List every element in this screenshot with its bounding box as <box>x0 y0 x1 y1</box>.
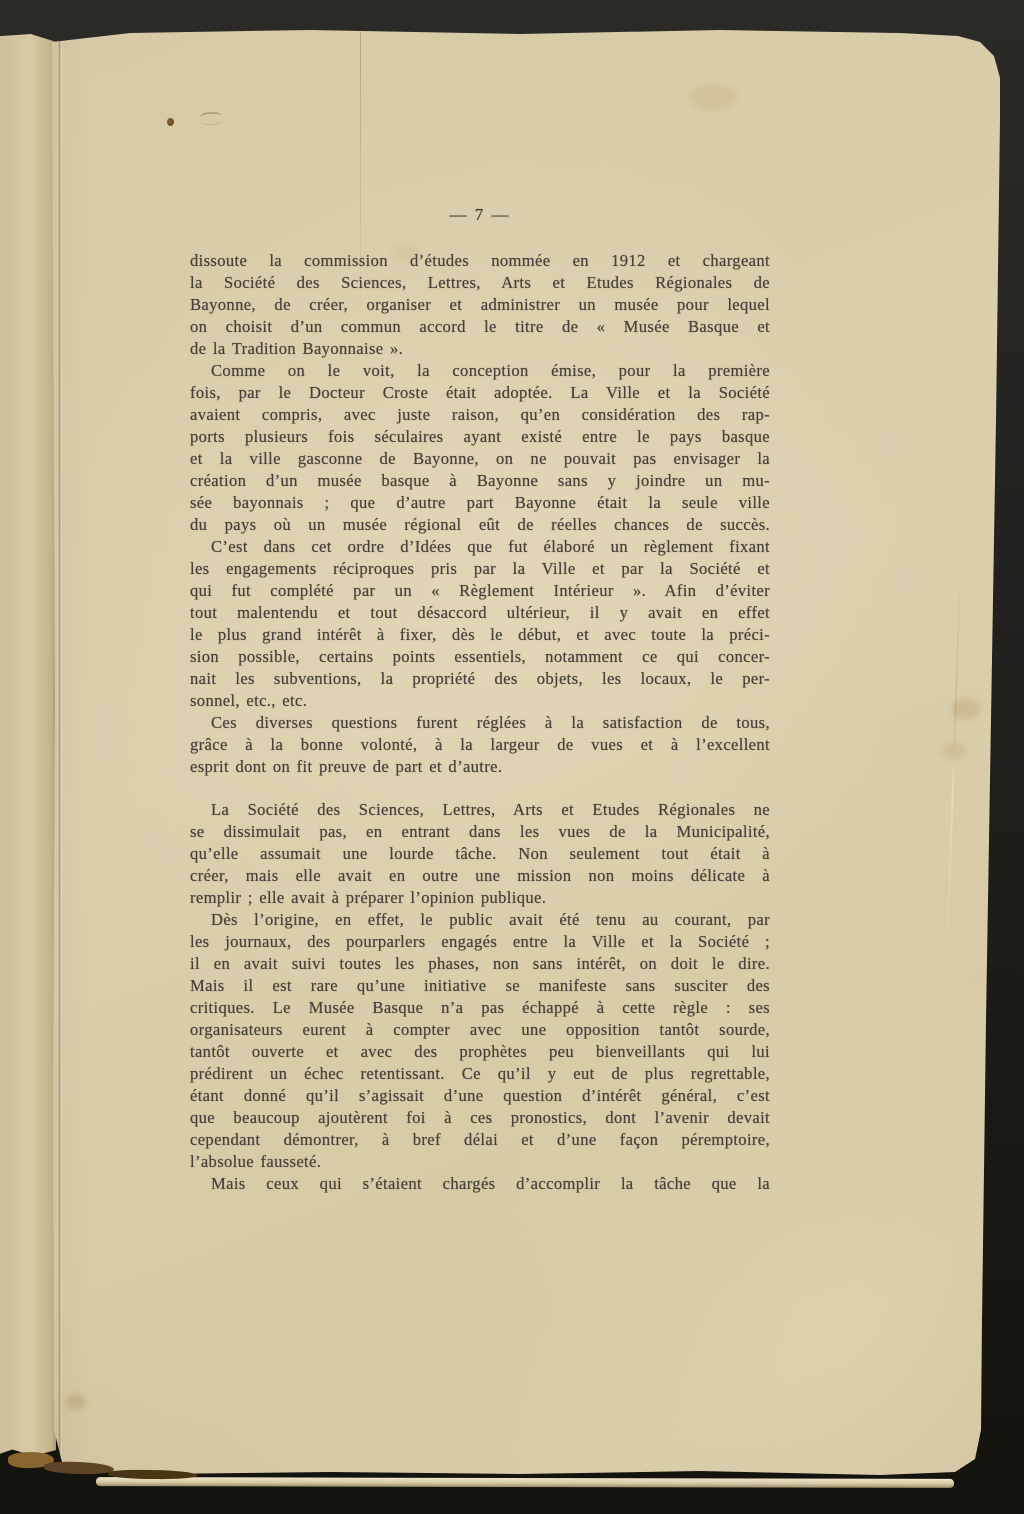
text-line: critiques. Le Musée Basque n’a pas échap… <box>190 997 770 1019</box>
text-line: C’est dans cet ordre d’Idées que fut éla… <box>190 536 770 558</box>
paragraph: Mais ceux qui s’étaient chargés d’accomp… <box>190 1173 770 1195</box>
paragraph: La Société des Sciences, Lettres, Arts e… <box>190 799 770 909</box>
text-line: Mais il est rare qu’une initiative se ma… <box>190 975 770 997</box>
ink-speck <box>167 118 174 126</box>
pencil-mark <box>200 111 223 125</box>
paper-stain <box>942 742 966 760</box>
text-line: sonnel, etc., etc. <box>190 690 770 712</box>
text-line: sion possible, certains points essentiel… <box>190 646 770 668</box>
text-line: on choisit d’un commun accord le titre d… <box>190 316 770 338</box>
text-line: tout malentendu et tout désaccord ultéri… <box>190 602 770 624</box>
text-line: nait les subventions, la propriété des o… <box>190 668 770 690</box>
text-line: ports plusieurs fois séculaires ayant ex… <box>190 426 770 448</box>
text-line: que beaucoup ajoutèrent foi à ces pronos… <box>190 1107 770 1129</box>
text-line: qu’elle assumait une lourde tâche. Non s… <box>190 843 770 865</box>
text-line: esprit dont on fit preuve de part et d’a… <box>190 756 770 778</box>
text-block: dissoute la commission d’études nommée e… <box>190 250 770 1195</box>
text-line: dissoute la commission d’études nommée e… <box>190 250 770 272</box>
text-line: grâce à la bonne volonté, à la largeur d… <box>190 734 770 756</box>
text-line: la Société des Sciences, Lettres, Arts e… <box>190 272 770 294</box>
paragraph: dissoute la commission d’études nommée e… <box>190 250 770 360</box>
text-line: remplir ; elle avait à préparer l’opinio… <box>190 887 770 909</box>
text-line: du pays où un musée régional eût de réel… <box>190 514 770 536</box>
gutter-crease <box>58 36 62 1462</box>
text-line: l’absolue fausseté. <box>190 1151 770 1173</box>
text-line: organisateurs eurent à compter avec une … <box>190 1019 770 1041</box>
text-line: Ces diverses questions furent réglées à … <box>190 712 770 734</box>
text-line: de la Tradition Bayonnaise ». <box>190 338 770 360</box>
underlying-page-edge <box>96 1477 954 1488</box>
text-line: créer, mais elle avait en outre une miss… <box>190 865 770 887</box>
text-line: Comme on le voit, la conception émise, p… <box>190 360 770 382</box>
text-line: avaient compris, avec juste raison, qu’e… <box>190 404 770 426</box>
text-line: tantôt ouverte et avec des prophètes peu… <box>190 1041 770 1063</box>
book-page: — 7 — dissoute la commission d’études no… <box>0 0 1024 1514</box>
text-line: prédirent un échec retentissant. Ce qu’i… <box>190 1063 770 1085</box>
text-line: étant donné qu’il s’agissait d’une quest… <box>190 1085 770 1107</box>
text-line: les journaux, des pourparlers engagés en… <box>190 931 770 953</box>
text-line: sée bayonnais ; que d’autre part Bayonne… <box>190 492 770 514</box>
text-line: et la ville gasconne de Bayonne, on ne p… <box>190 448 770 470</box>
paragraph: Comme on le voit, la conception émise, p… <box>190 360 770 536</box>
text-line: qui fut complété par un « Règlement Inté… <box>190 580 770 602</box>
paragraph: Ces diverses questions furent réglées à … <box>190 712 770 778</box>
text-line: Mais ceux qui s’étaient chargés d’accomp… <box>190 1173 770 1195</box>
paper-stain <box>66 1394 86 1410</box>
paper-stain <box>952 698 980 720</box>
text-line: cependant démontrer, à bref délai et d’u… <box>190 1129 770 1151</box>
text-line: les engagements réciproques pris par la … <box>190 558 770 580</box>
paragraph: C’est dans cet ordre d’Idées que fut éla… <box>190 536 770 712</box>
text-line: création d’un musée basque à Bayonne san… <box>190 470 770 492</box>
paper-stain <box>690 84 736 110</box>
text-line: Dès l’origine, en effet, le public avait… <box>190 909 770 931</box>
text-line: se dissimulait pas, en entrant dans les … <box>190 821 770 843</box>
text-line: le plus grand intérêt à fixer, dès le dé… <box>190 624 770 646</box>
page-number: — 7 — <box>190 202 770 228</box>
text-line: fois, par le Docteur Croste était adopté… <box>190 382 770 404</box>
text-line: il en avait suivi toutes les phases, non… <box>190 953 770 975</box>
paragraph: Dès l’origine, en effet, le public avait… <box>190 909 770 1173</box>
scan-background: — 7 — dissoute la commission d’études no… <box>0 0 1024 1514</box>
book-binding-page-edges <box>0 34 56 1458</box>
text-line: Bayonne, de créer, organiser et administ… <box>190 294 770 316</box>
text-line: La Société des Sciences, Lettres, Arts e… <box>190 799 770 821</box>
